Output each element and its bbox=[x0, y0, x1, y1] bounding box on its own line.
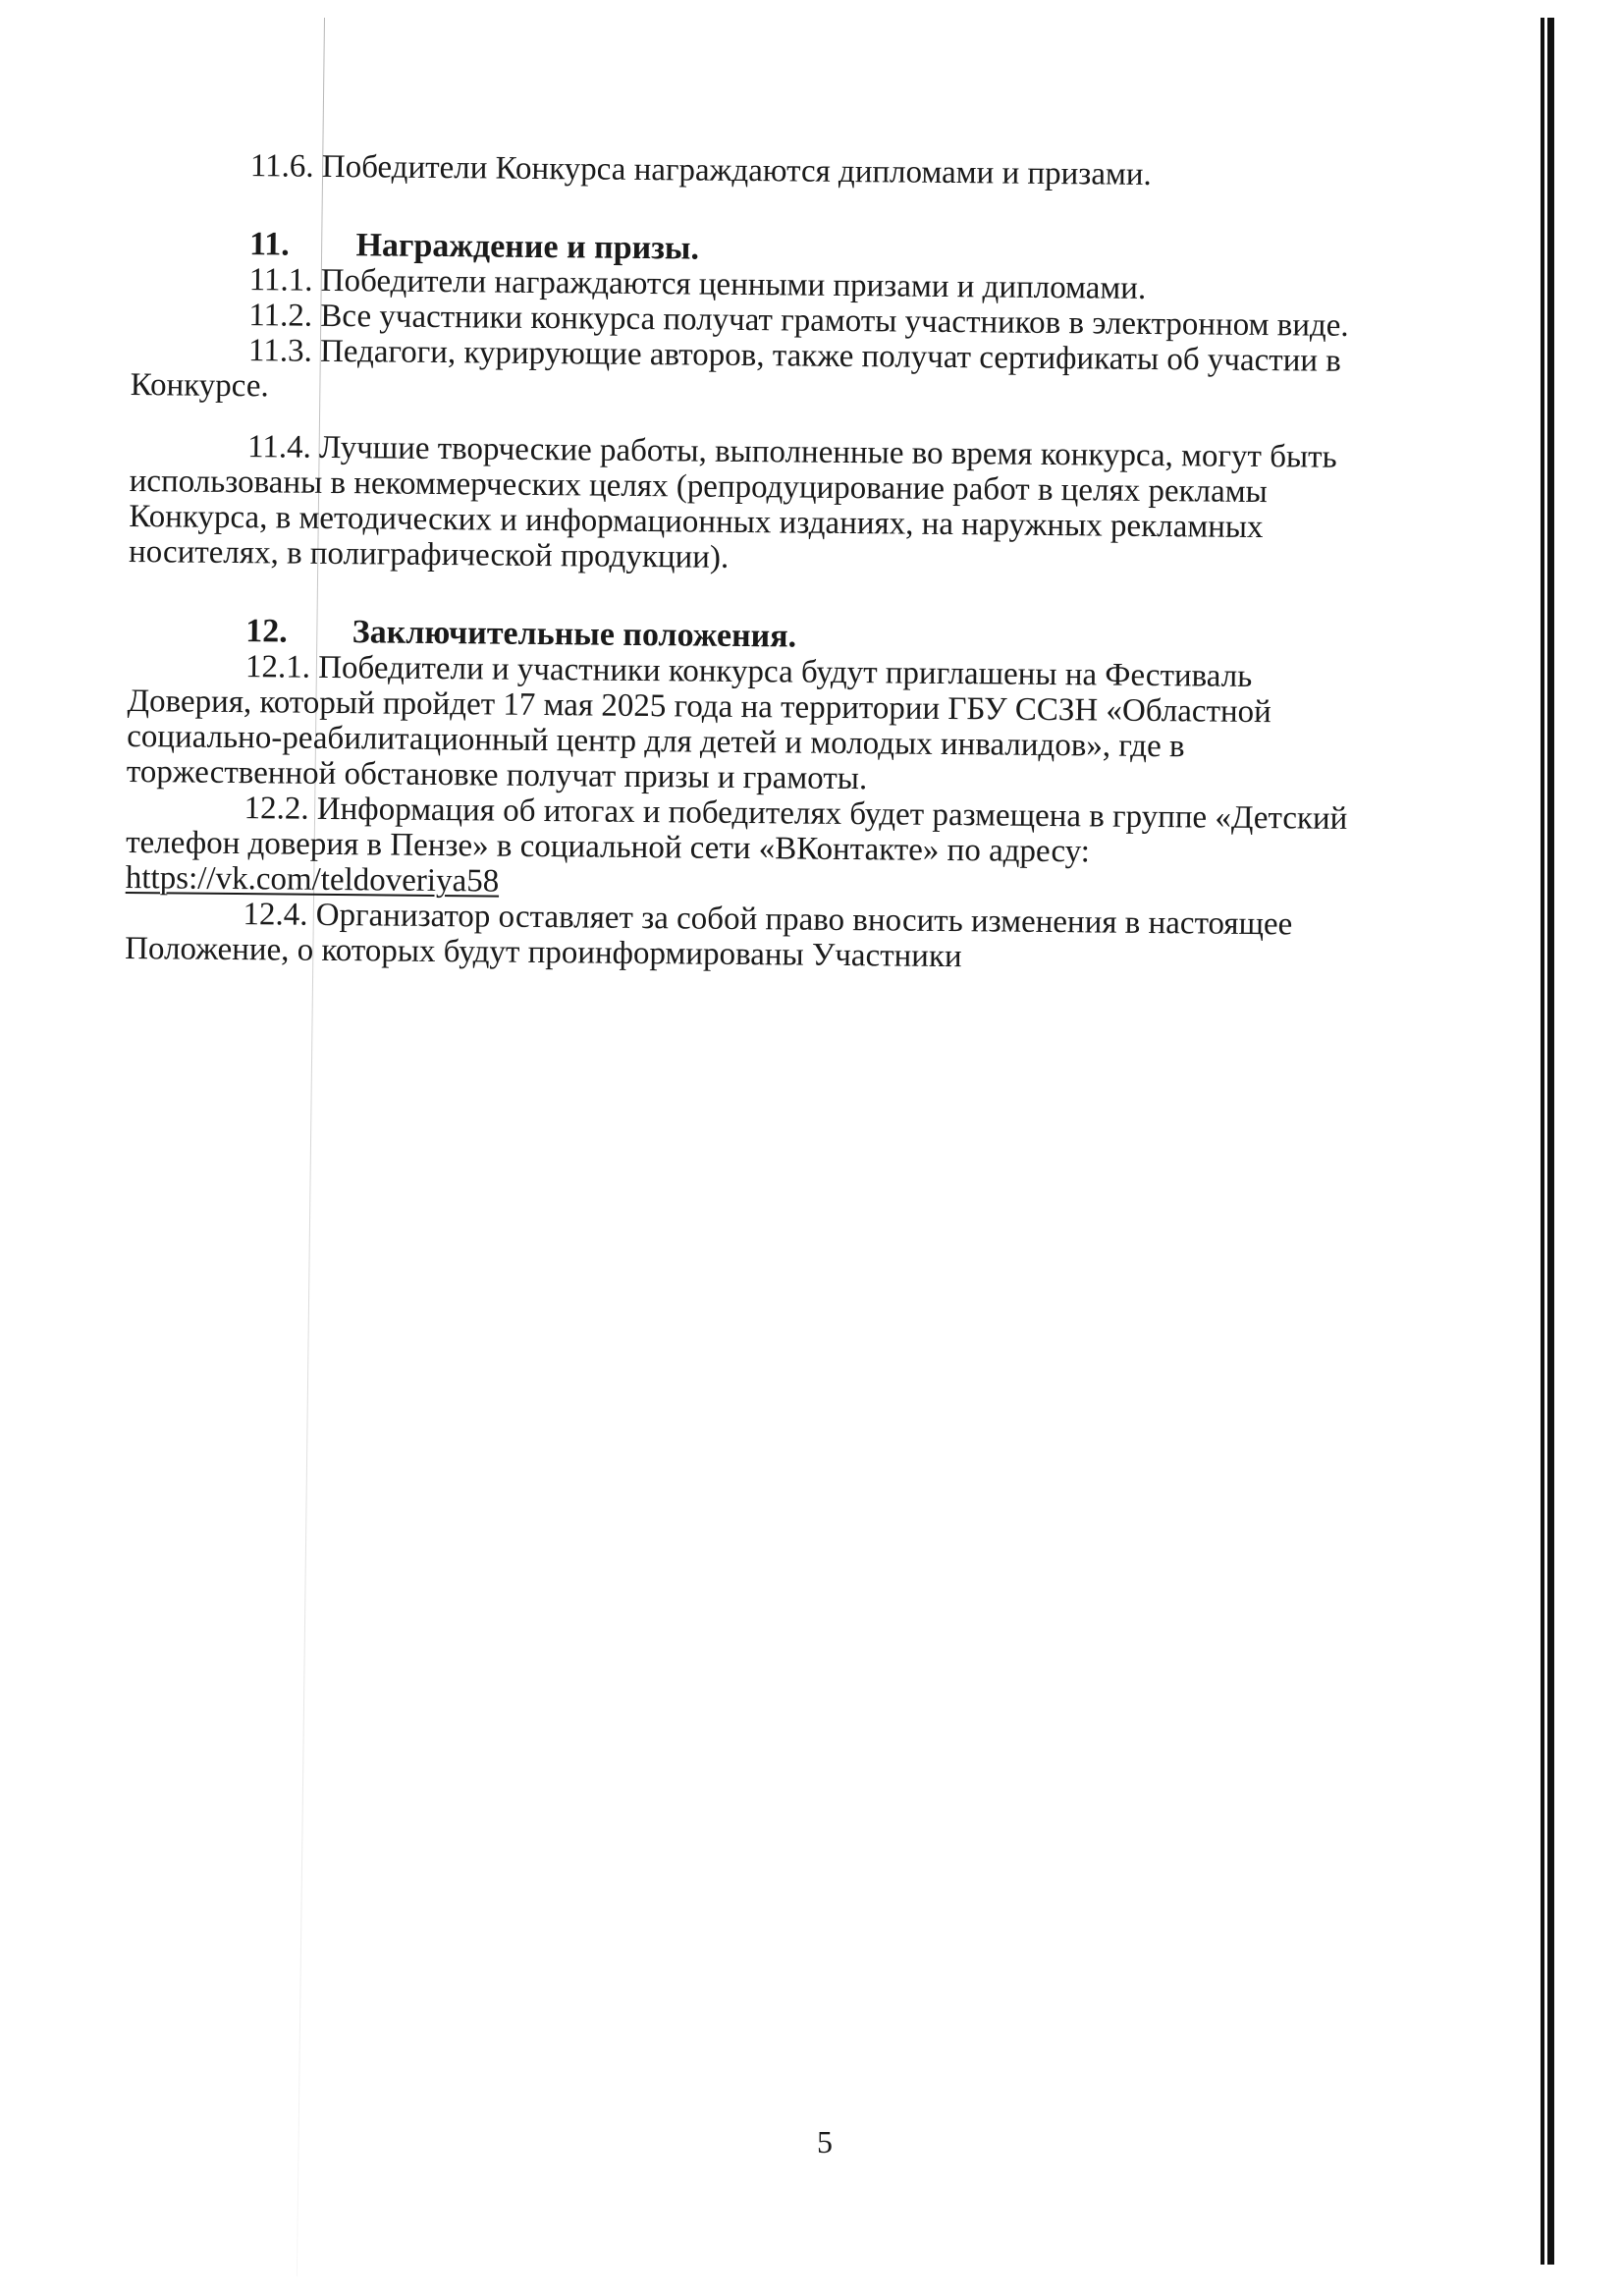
section-title: Награждение и призы. bbox=[355, 227, 699, 266]
clause-12-4: 12.4. Организатор оставляет за собой пра… bbox=[125, 896, 1569, 980]
vk-group-link[interactable]: https://vk.com/teldoveriya58 bbox=[126, 860, 500, 900]
clause-number: 11.1. bbox=[249, 262, 313, 299]
document-body: 11.6. Победители Конкурса награждаются д… bbox=[125, 147, 1576, 980]
clause-12-2: 12.2. Информация об итогах и победителях… bbox=[126, 790, 1570, 909]
clause-number: 12.2. bbox=[243, 791, 308, 827]
section-number: 12. bbox=[245, 614, 344, 650]
clause-number: 11.3. bbox=[248, 333, 312, 369]
clause-number: 11.2. bbox=[248, 298, 312, 334]
section-number: 11. bbox=[249, 227, 348, 263]
clause-number: 11.6. bbox=[250, 148, 314, 185]
clause-number: 11.4. bbox=[247, 429, 311, 465]
clause-11-3: 11.3. Педагоги, курирующие авторов, такж… bbox=[131, 332, 1575, 416]
clause-12-1: 12.1. Победители и участники конкурса бу… bbox=[127, 648, 1571, 803]
clause-number: 12.1. bbox=[245, 649, 310, 685]
page-number: 5 bbox=[817, 2124, 833, 2160]
clause-11-4: 11.4. Лучшие творческие работы, выполнен… bbox=[129, 428, 1573, 583]
clause-number: 12.4. bbox=[243, 897, 307, 933]
section-title: Заключительные положения. bbox=[352, 614, 797, 654]
document-page: 11.6. Победители Конкурса награждаются д… bbox=[0, 0, 1623, 2296]
